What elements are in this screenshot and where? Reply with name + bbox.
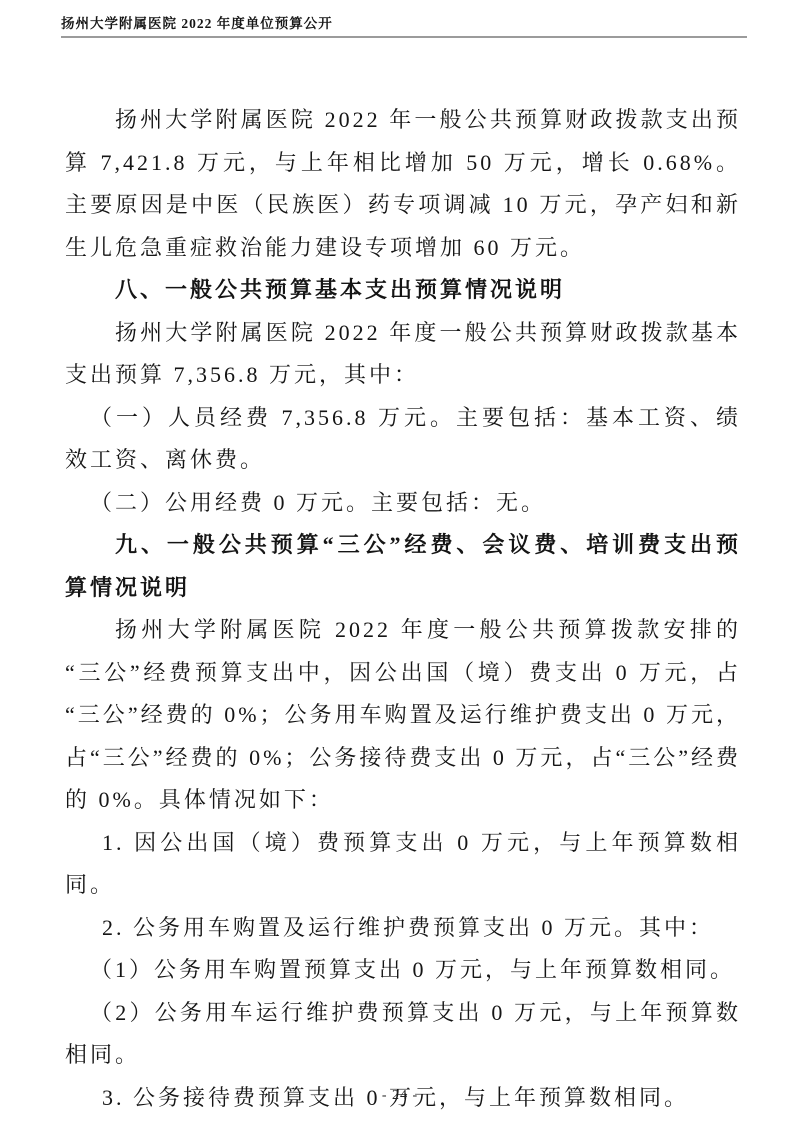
- paragraph-budget-expenditure-summary: 扬州大学附属医院 2022 年一般公共预算财政拨款支出预算 7,421.8 万元…: [65, 99, 741, 269]
- document-body: 扬州大学附属医院 2022 年一般公共预算财政拨款支出预算 7,421.8 万元…: [65, 99, 741, 1119]
- paragraph-three-public-summary: 扬州大学附属医院 2022 年度一般公共预算拨款安排的“三公”经费预算支出中，因…: [65, 609, 741, 822]
- list-item-abroad-expense: 1. 因公出国（境）费预算支出 0 万元，与上年预算数相同。: [65, 822, 741, 907]
- sub-list-item-vehicle-maintenance: （2）公务用车运行维护费预算支出 0 万元，与上年预算数相同。: [65, 992, 741, 1077]
- document-header-title: 扬州大学附属医院 2022 年度单位预算公开: [61, 12, 747, 38]
- list-item-vehicle-expense: 2. 公务用车购置及运行维护费预算支出 0 万元。其中：: [65, 907, 741, 950]
- sub-list-item-vehicle-purchase: （1）公务用车购置预算支出 0 万元，与上年预算数相同。: [65, 949, 741, 992]
- section-heading-9: 九、一般公共预算“三公”经费、会议费、培训费支出预算情况说明: [65, 524, 741, 609]
- section-heading-8: 八、一般公共预算基本支出预算情况说明: [65, 269, 741, 312]
- paragraph-personnel-funds: （一）人员经费 7,356.8 万元。主要包括：基本工资、绩效工资、离休费。: [65, 397, 741, 482]
- page-number: - 24 -: [0, 1088, 800, 1104]
- paragraph-basic-expenditure-intro: 扬州大学附属医院 2022 年度一般公共预算财政拨款基本支出预算 7,356.8…: [65, 312, 741, 397]
- paragraph-public-funds: （二）公用经费 0 万元。主要包括：无。: [65, 482, 741, 525]
